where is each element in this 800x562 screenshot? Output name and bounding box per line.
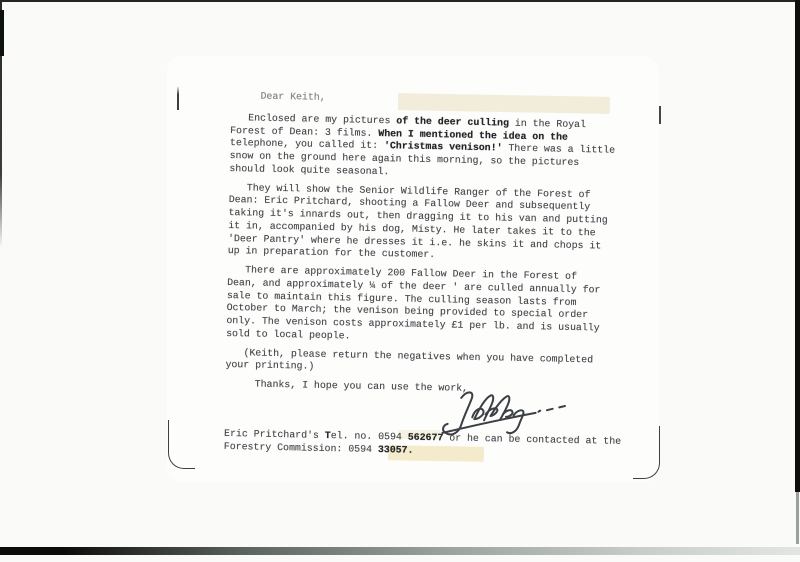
photo-corner-bottom-right [633, 426, 660, 479]
letter-text-segment: in the Royal [509, 117, 586, 130]
signature-jeffrey: Jeffrey [418, 381, 569, 441]
letter-text-bold-segment: 33057. [378, 444, 414, 456]
letter-text-segment: Eric Pritchard's [224, 428, 325, 441]
photo-corner-bottom-left [168, 420, 195, 469]
scan-edge-top [0, 0, 800, 2]
letter-text-segment: Forest of Dean: 3 films. [230, 124, 378, 138]
scan-edge-bottom [0, 547, 800, 555]
letter-text-segment: telephone, you called it: [230, 137, 384, 151]
scan-edge-left-mark [0, 10, 4, 56]
letter-text-bold-segment: of the deer culling [396, 115, 509, 128]
scan-edge-right-lower [796, 492, 799, 544]
letter-text-segment: There was a little [502, 143, 615, 156]
letter-text-segment: should look quite seasonal. [229, 163, 389, 177]
letter-paragraph: (Keith, please return the negatives when… [225, 346, 625, 380]
signature-scrawl-icon [418, 381, 569, 441]
letter-text-segment: el. no. 0594 [331, 430, 408, 443]
letter-paragraph: There are approximately 200 Fallow Deer … [226, 264, 627, 349]
letter-text-segment: Enclosed are my pictures [230, 112, 396, 126]
letter-text-bold-segment: 'Christmas venison!' [384, 140, 503, 153]
photo-corner-top-right [659, 106, 661, 124]
letter-paragraph: Enclosed are my pictures of the deer cul… [229, 112, 630, 184]
scan-edge-right [795, 0, 800, 492]
photo-corner-top-left [177, 86, 179, 110]
letter-text-segment: Forestry Commission: 0594 [224, 440, 378, 454]
letter-paragraph: They will show the Senior Wildlife Range… [228, 181, 629, 266]
scanned-letter-photo: { "colors": { "background": "#fafaf8", "… [0, 0, 800, 562]
letter-text-segment: Dear Keith, [231, 90, 326, 103]
letter-text-segment: your printing.) [225, 359, 314, 372]
letter-text-segment: sold to local people. [226, 328, 351, 341]
